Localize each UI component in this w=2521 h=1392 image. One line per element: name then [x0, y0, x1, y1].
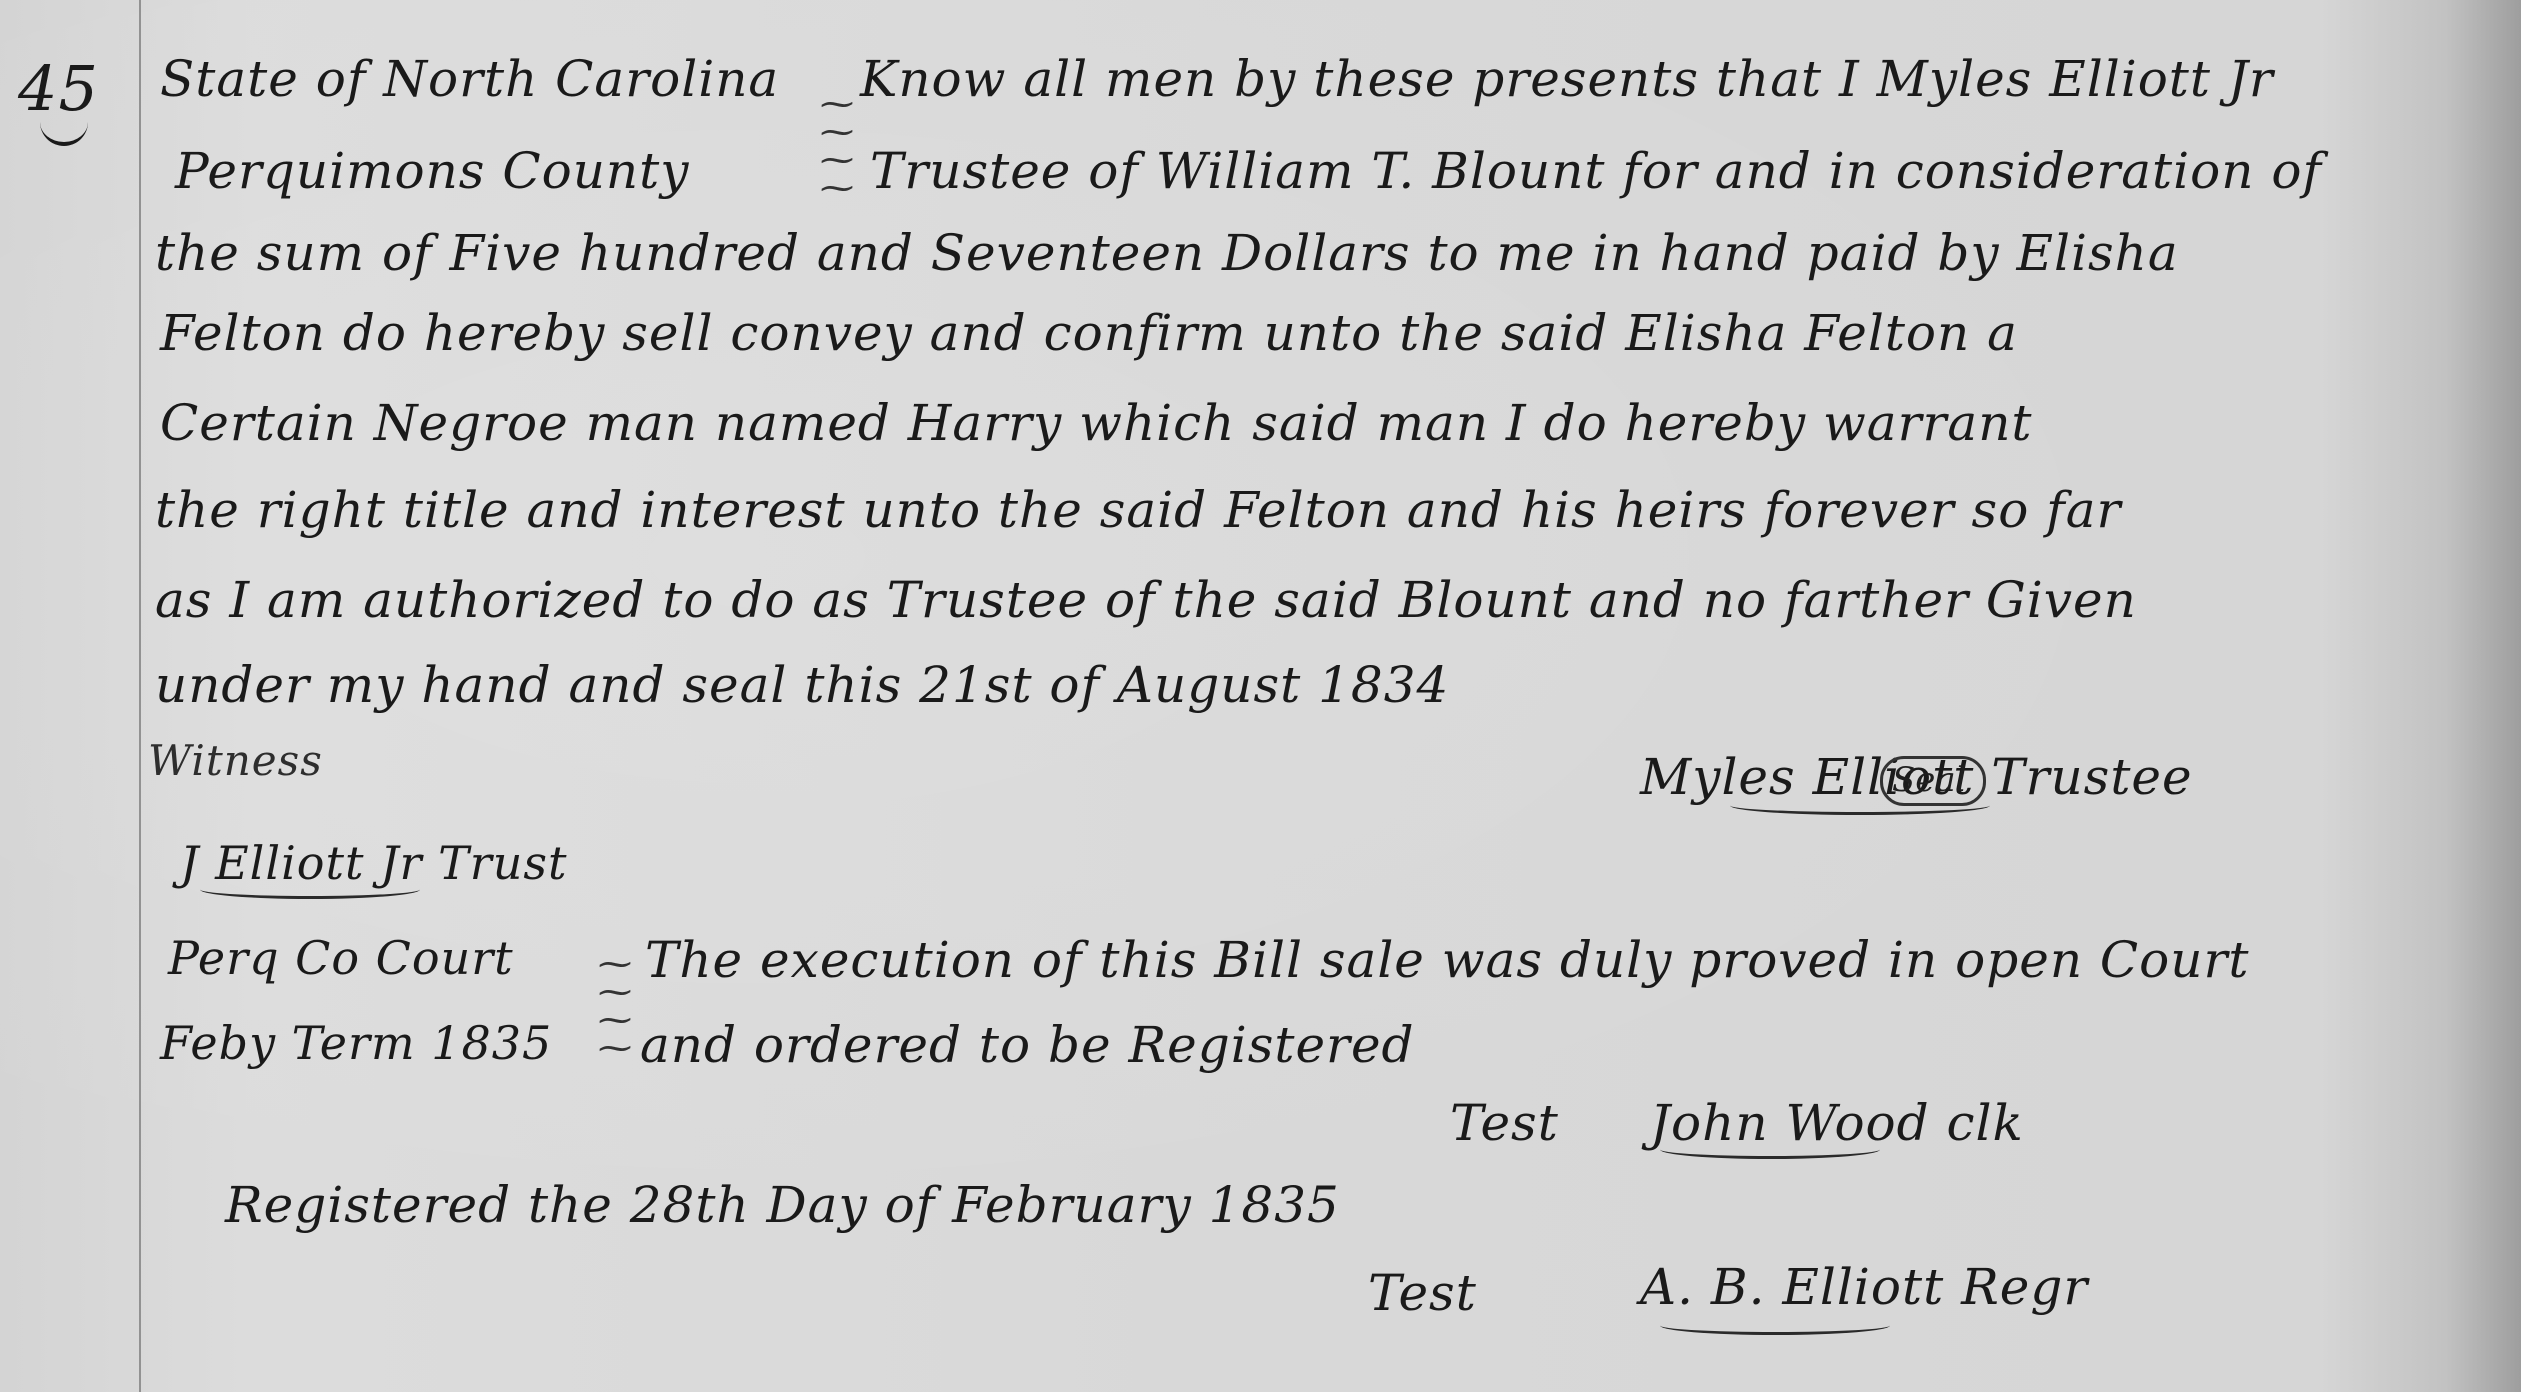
heading-county: Perquimons County: [175, 146, 689, 196]
margin-rule: [139, 0, 141, 1392]
register-attest-label: Test: [1368, 1268, 1477, 1318]
body-line-8: under my hand and seal this 21st of Augu…: [155, 660, 1449, 710]
court-brace: ⁓⁓⁓⁓: [598, 950, 622, 1062]
court-line-1: Perq Co Court: [168, 935, 514, 981]
seal-label: Seal: [1892, 760, 1967, 800]
court-line-2: Feby Term 1835: [160, 1020, 552, 1066]
body-line-6: the right title and interest unto the sa…: [155, 485, 2121, 535]
entry-number: 45: [18, 58, 99, 120]
witness-label: Witness: [148, 740, 323, 782]
court-text-line-1: The execution of this Bill sale was duly…: [645, 935, 2249, 985]
body-line-4: Felton do hereby sell convey and confirm…: [160, 308, 2018, 358]
clerk-attest-label: Test: [1450, 1098, 1559, 1148]
document-page: 45 State of North Carolina Perquimons Co…: [0, 0, 2521, 1392]
register-attest-name: A. B. Elliott Regr: [1640, 1262, 2088, 1312]
court-text-line-2: and ordered to be Registered: [640, 1020, 1415, 1070]
body-line-7: as I am authorized to do as Trustee of t…: [155, 575, 2137, 625]
witness-flourish: [200, 880, 420, 899]
body-line-3: the sum of Five hundred and Seventeen Do…: [155, 228, 2179, 278]
entry-number-flourish: [40, 120, 88, 146]
body-line-2: Trustee of William T. Blount for and in …: [870, 146, 2322, 196]
heading-state: State of North Carolina: [160, 54, 779, 104]
register-flourish: [1660, 1316, 1890, 1335]
body-line-5: Certain Negroe man named Harry which sai…: [160, 398, 2033, 448]
body-line-1: Know all men by these presents that I My…: [860, 54, 2274, 104]
heading-brace: ⁓⁓⁓⁓: [820, 90, 844, 202]
clerk-flourish: [1660, 1140, 1880, 1159]
registration-text: Registered the 28th Day of February 1835: [225, 1180, 1340, 1230]
